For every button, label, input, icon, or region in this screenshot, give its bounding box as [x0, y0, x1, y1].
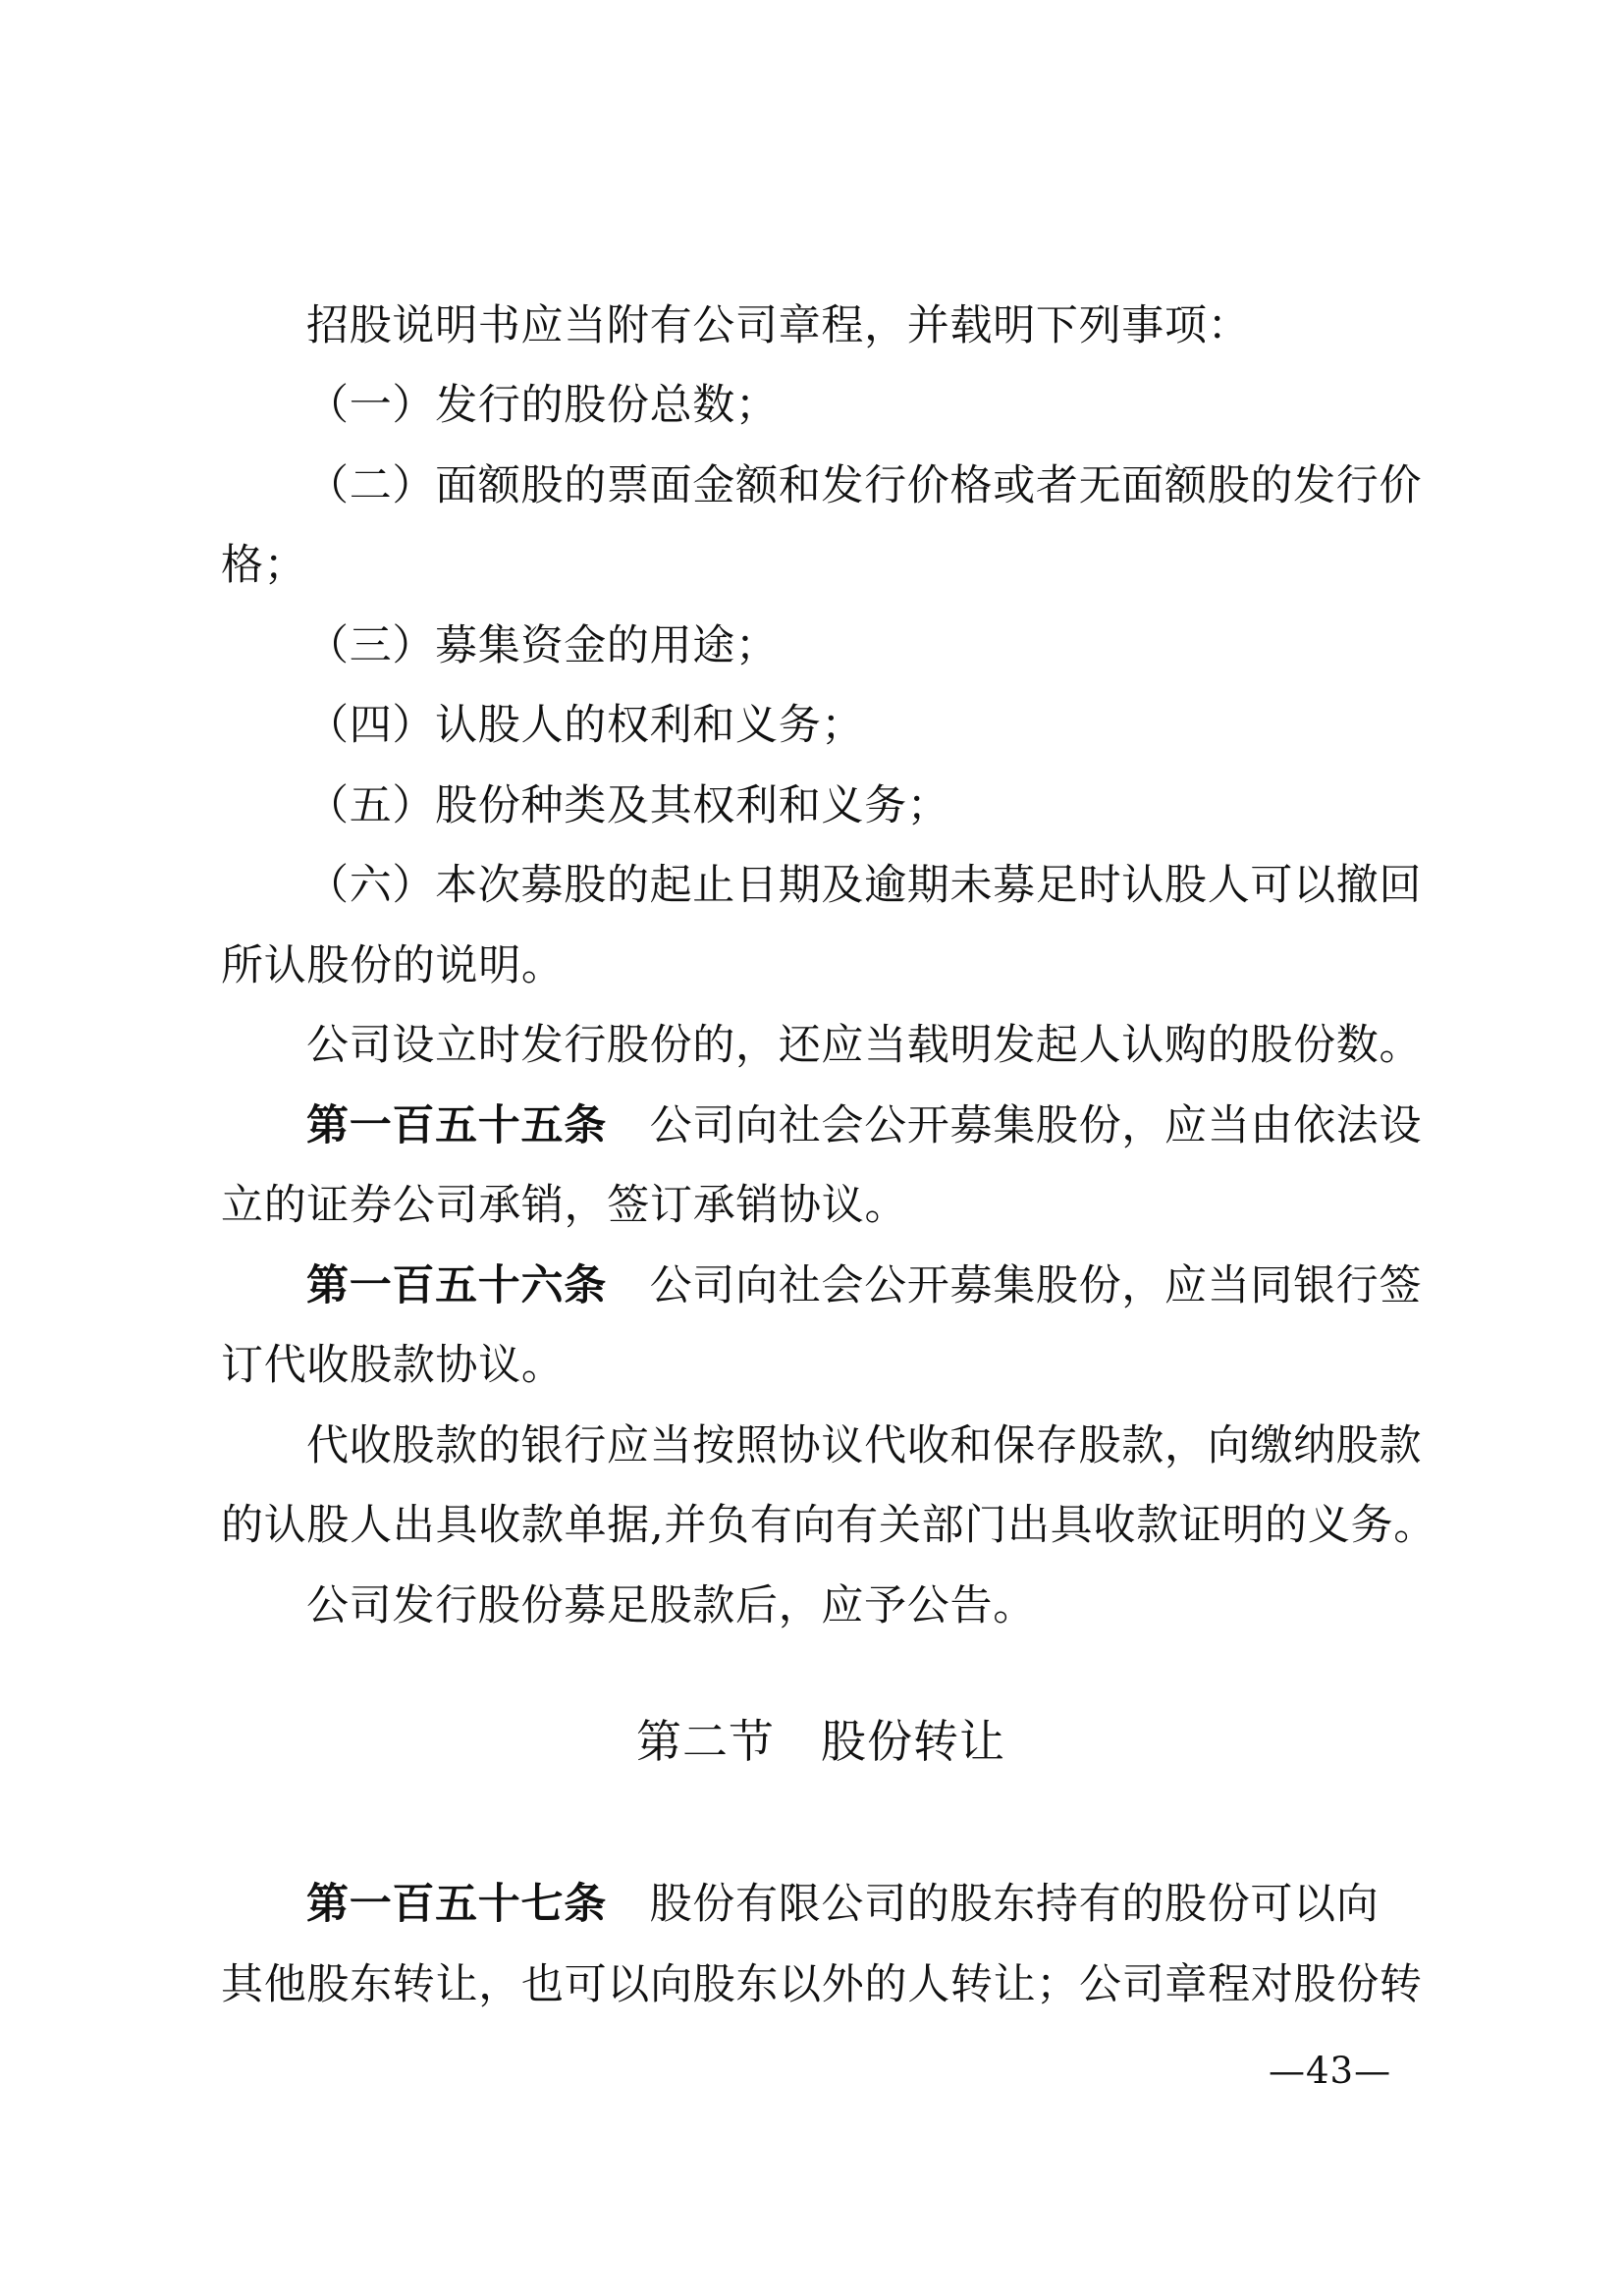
body-line: 所认股份的说明。: [221, 942, 1421, 990]
line-text: （四）认股人的权利和义务；: [306, 701, 864, 750]
body-line: 公司发行股份募足股款后，应予公告。: [221, 1582, 1421, 1630]
article-number: 第一百五十五条: [306, 1101, 607, 1150]
document-page: 招股说明书应当附有公司章程，并载明下列事项：（一）发行的股份总数；（二）面额股的…: [0, 0, 1624, 2296]
line-text: 第二节 股份转让: [636, 1715, 1005, 1768]
body-line: 订代收股款协议。: [221, 1342, 1421, 1390]
article-number: 第一百五十六条: [306, 1261, 607, 1310]
line-text: （六）本次募股的起止日期及逾期未募足时认股人可以撤回: [306, 861, 1422, 910]
body-line: （二）面额股的票面金额和发行价格或者无面额股的发行价: [221, 462, 1421, 510]
line-text: 公司设立时发行股份的，还应当载明发起人认购的股份数。: [306, 1021, 1422, 1070]
line-text: （二）面额股的票面金额和发行价格或者无面额股的发行价: [306, 461, 1422, 510]
line-text: 所认股份的说明。: [221, 941, 565, 990]
line-text: 订代收股款协议。: [221, 1341, 565, 1390]
body-line: （一）发行的股份总数；: [221, 382, 1421, 430]
line-text: 公司发行股份募足股款后，应予公告。: [306, 1581, 1036, 1630]
body-line: 招股说明书应当附有公司章程，并载明下列事项：: [221, 302, 1421, 350]
body-line: 第一百五十六条 公司向社会公开募集股份，应当同银行签: [221, 1262, 1421, 1310]
line-text: （一）发行的股份总数；: [306, 381, 779, 430]
line-text: 的认股人出具收款单据,并负有向有关部门出具收款证明的义务。: [221, 1501, 1436, 1550]
line-text: 招股说明书应当附有公司章程，并载明下列事项：: [306, 301, 1250, 350]
body-line: （三）募集资金的用途；: [221, 622, 1421, 670]
page-number: —43—: [1269, 2050, 1391, 2092]
section-heading: 第二节 股份转让: [221, 1716, 1421, 1768]
line-text: 格；: [221, 541, 306, 590]
body-line: （四）认股人的权利和义务；: [221, 702, 1421, 750]
body-line: （六）本次募股的起止日期及逾期未募足时认股人可以撤回: [221, 862, 1421, 910]
article-number: 第一百五十七条: [306, 1880, 607, 1929]
line-text: 立的证券公司承销，签订承销协议。: [221, 1181, 907, 1230]
body-line: 代收股款的银行应当按照协议代收和保存股款，向缴纳股款: [221, 1422, 1421, 1470]
body-line: 的认股人出具收款单据,并负有向有关部门出具收款证明的义务。: [221, 1502, 1421, 1550]
body-line: 其他股东转让，也可以向股东以外的人转让；公司章程对股份转: [221, 1961, 1421, 2009]
body-line: 第一百五十七条 股份有限公司的股东持有的股份可以向: [221, 1881, 1421, 1929]
body-line: 公司设立时发行股份的，还应当载明发起人认购的股份数。: [221, 1022, 1421, 1070]
line-text: 公司向社会公开募集股份，应当由依法设: [607, 1101, 1422, 1150]
body-line: 格；: [221, 542, 1421, 590]
body-line: （五）股份种类及其权利和义务；: [221, 782, 1421, 830]
line-text: （三）募集资金的用途；: [306, 621, 779, 670]
line-text: 公司向社会公开募集股份，应当同银行签: [607, 1261, 1422, 1310]
line-text: 代收股款的银行应当按照协议代收和保存股款，向缴纳股款: [306, 1421, 1422, 1470]
body-line: 立的证券公司承销，签订承销协议。: [221, 1182, 1421, 1230]
line-text: 股份有限公司的股东持有的股份可以向: [607, 1880, 1380, 1929]
line-text: 其他股东转让，也可以向股东以外的人转让；公司章程对股份转: [221, 1960, 1423, 2009]
body-line: 第一百五十五条 公司向社会公开募集股份，应当由依法设: [221, 1102, 1421, 1150]
line-text: （五）股份种类及其权利和义务；: [306, 781, 950, 830]
